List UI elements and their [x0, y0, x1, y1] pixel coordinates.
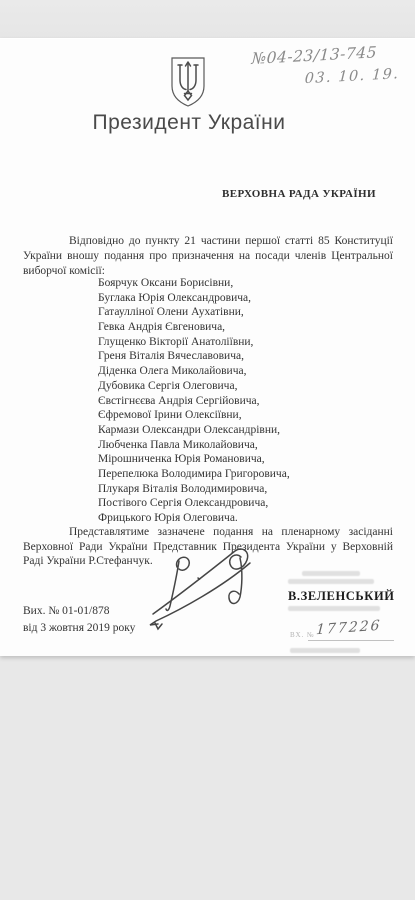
nominee-item: Буглака Юрія Олександровича, [98, 291, 388, 306]
nominee-item: Греня Віталія Вячеславовича, [98, 349, 388, 364]
handwritten-registration: №04-23/13-745 03. 10. 19. [251, 42, 401, 90]
outgoing-date: від 3 жовтня 2019 року [23, 620, 135, 637]
nominee-item: Дубовика Сергія Олеговича, [98, 379, 388, 394]
nominee-item: Діденка Олега Миколайовича, [98, 364, 388, 379]
nominee-item: Мірошниченка Юрія Романовича, [98, 452, 388, 467]
nominee-item: Постівого Сергія Олександровича, [98, 496, 388, 511]
viewer-top-margin [0, 0, 415, 38]
signer-name: В.ЗЕЛЕНСЬКИЙ [288, 589, 408, 604]
handwritten-number: №04-23/13-745 [251, 42, 400, 68]
nominee-item: Боярчук Оксани Борисівни, [98, 276, 388, 291]
stamp-underline [308, 640, 394, 641]
letter-page: Президент України №04-23/13-745 03. 10. … [0, 38, 415, 656]
incoming-stamp-number-row: ВХ. № 177226 [288, 622, 408, 644]
incoming-stamp-number: 177226 [316, 618, 382, 639]
outgoing-reference-block: Вих. № 01-01/878 від 3 жовтня 2019 року [23, 603, 135, 637]
handwritten-date: 03. 10. 19. [304, 66, 401, 87]
ukraine-trident-emblem-icon [169, 56, 207, 108]
faint-stamp-line [288, 579, 374, 584]
nominee-item: Фрицького Юрія Олеговича. [98, 511, 388, 526]
recipient-heading: ВЕРХОВНА РАДА УКРАЇНИ [222, 188, 376, 200]
incoming-stamp-label: ВХ. № [290, 631, 315, 639]
nominee-item: Плукаря Віталія Володимировича, [98, 482, 388, 497]
outgoing-ref: Вих. № 01-01/878 [23, 603, 135, 620]
signature-stamp-block: В.ЗЕЛЕНСЬКИЙ ВХ. № 177226 [288, 571, 408, 653]
faint-stamp-line [290, 648, 360, 653]
nominee-item: Єфремової Ірини Олексіївни, [98, 408, 388, 423]
faint-stamp-line [302, 571, 360, 576]
nominee-item: Любченка Павла Миколайовича, [98, 438, 388, 453]
signature-scrawl-icon [140, 541, 268, 653]
letterhead-title: Президент України [0, 111, 378, 135]
nominee-item: Гатаулліної Олени Аухатівни, [98, 305, 388, 320]
nominee-item: Гевка Андрія Євгеновича, [98, 320, 388, 335]
document-viewer: Президент України №04-23/13-745 03. 10. … [0, 0, 415, 900]
nominees-list: Боярчук Оксани Борисівни, Буглака Юрія О… [98, 276, 388, 526]
intro-paragraph: Відповідно до пункту 21 частини першої с… [23, 234, 393, 280]
nominee-item: Глущенко Вікторії Анатоліївни, [98, 335, 388, 350]
nominee-item: Кармази Олександри Олександрівни, [98, 423, 388, 438]
faint-stamp-line [288, 606, 380, 611]
nominee-item: Євстігнєєва Андрія Сергійовича, [98, 394, 388, 409]
nominee-item: Перепелюка Володимира Григоровича, [98, 467, 388, 482]
